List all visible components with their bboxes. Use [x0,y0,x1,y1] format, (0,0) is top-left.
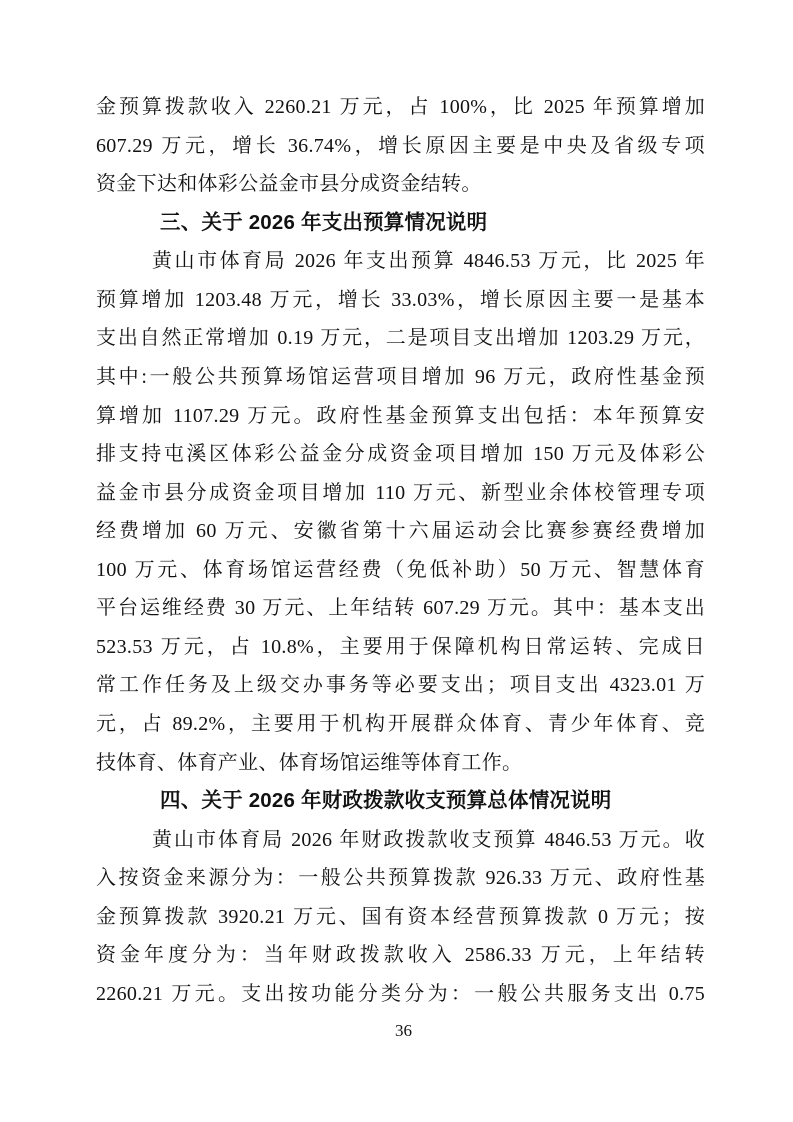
body-line: 其中:一般公共预算场馆运营项目增加 96 万元，政府性基金预 [96,358,705,397]
body-line: 平台运维经费 30 万元、上年结转 607.29 万元。其中：基本支出 [96,589,705,628]
body-line: 支出自然正常增加 0.19 万元，二是项目支出增加 1203.29 万元， [96,319,705,358]
body-line: 技体育、体育产业、体育场馆运维等体育工作。 [96,744,705,783]
body-line: 2260.21 万元。支出按功能分类分为：一般公共服务支出 0.75 [96,975,705,1014]
body-line: 黄山市体育局 2026 年财政拨款收支预算 4846.53 万元。收 [96,821,705,860]
body-line: 排支持屯溪区体彩公益金分成资金项目增加 150 万元及体彩公 [96,435,705,474]
body-line: 益金市县分成资金项目增加 110 万元、新型业余体校管理专项 [96,474,705,513]
document-text-block: 金预算拨款收入 2260.21 万元，占 100%，比 2025 年预算增加 6… [96,88,705,1014]
body-line: 黄山市体育局 2026 年支出预算 4846.53 万元，比 2025 年 [96,242,705,281]
body-line: 资金下达和体彩公益金市县分成资金结转。 [96,165,705,204]
body-line: 资金年度分为：当年财政拨款收入 2586.33 万元，上年结转 [96,936,705,975]
body-line: 523.53 万元，占 10.8%，主要用于保障机构日常运转、完成日 [96,628,705,667]
body-line: 预算增加 1203.48 万元，增长 33.03%，增长原因主要一是基本 [96,281,705,320]
body-line: 100 万元、体育场馆运营经费（免低补助）50 万元、智慧体育 [96,551,705,590]
body-line: 常工作任务及上级交办事务等必要支出；项目支出 4323.01 万 [96,666,705,705]
body-line: 金预算拨款 3920.21 万元、国有资本经营预算拨款 0 万元；按 [96,898,705,937]
body-line: 算增加 1107.29 万元。政府性基金预算支出包括：本年预算安 [96,397,705,436]
body-line: 607.29 万元，增长 36.74%，增长原因主要是中央及省级专项 [96,127,705,166]
body-line: 入按资金来源分为：一般公共预算拨款 926.33 万元、政府性基 [96,859,705,898]
page-number: 36 [96,1020,711,1042]
body-line: 经费增加 60 万元、安徽省第十六届运动会比赛参赛经费增加 [96,512,705,551]
body-line: 元，占 89.2%，主要用于机构开展群众体育、青少年体育、竞 [96,705,705,744]
section-3-heading: 三、关于 2026 年支出预算情况说明 [96,204,705,243]
body-line: 金预算拨款收入 2260.21 万元，占 100%，比 2025 年预算增加 [96,88,705,127]
document-page: 金预算拨款收入 2260.21 万元，占 100%，比 2025 年预算增加 6… [0,0,793,1122]
section-4-heading: 四、关于 2026 年财政拨款收支预算总体情况说明 [96,782,705,821]
